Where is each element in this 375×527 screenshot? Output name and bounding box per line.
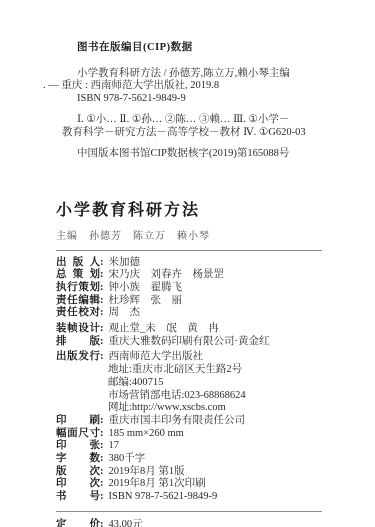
field-label: 责任编辑: [56, 295, 100, 308]
cip-class-line-1: Ⅰ. ①小… Ⅱ. ①孙… ②陈… ③赖… Ⅲ. ①小学－: [77, 114, 325, 127]
colon: :: [100, 415, 104, 428]
field-label: 字数: [56, 453, 100, 466]
field-value: 2019年8月 第1次印刷: [109, 478, 206, 491]
colophon-list: 出版人:米加德 总策划:宋乃庆 刘春卉 杨景罡 执行策划:钟小族 翟腾飞 责任编…: [56, 257, 325, 527]
cip-title-line: 小学教育科研方法 / 孙德芳,陈立万,赖小琴主编: [77, 68, 325, 81]
colon: :: [100, 307, 104, 320]
publisher-website: 网址:http://www.xscbs.com: [108, 402, 325, 415]
field-value: 380千字: [109, 453, 146, 466]
field-label: 书号: [56, 491, 100, 504]
publisher-address: 地址:重庆市北碚区天生路2号: [108, 364, 325, 377]
field-value: ISBN 978-7-5621-9849-9: [109, 491, 218, 504]
divider: [56, 511, 322, 512]
field-label: 印张: [56, 440, 100, 453]
colophon-row-chief-planners: 总策划:宋乃庆 刘春卉 杨景罡: [56, 269, 325, 282]
cip-block: 图书在版编目(CIP)数据 小学教育科研方法 / 孙德芳,陈立万,赖小琴主编 .…: [56, 42, 325, 161]
field-value: 2019年8月 第1版: [109, 466, 185, 479]
field-value: 杜珍辉 张 丽: [109, 295, 183, 308]
colon: :: [100, 257, 104, 270]
field-value: 重庆市国丰印务有限责任公司: [109, 415, 246, 428]
colon: :: [100, 519, 104, 527]
field-label: 幅面尺寸: [56, 428, 100, 441]
spacer: [56, 139, 325, 148]
field-value: 观止堂_未 氓 黄 冉: [109, 323, 219, 336]
field-value: 宋乃庆 刘春卉 杨景罡: [109, 269, 225, 282]
colon: :: [100, 453, 104, 466]
colon: :: [100, 466, 104, 479]
field-label: 版次: [56, 466, 100, 479]
colophon-row-edition: 版次:2019年8月 第1版: [56, 466, 325, 479]
colophon-row-proofreader: 责任校对:周 杰: [56, 307, 325, 320]
colophon-row-sheets: 印张:17: [56, 440, 325, 453]
publisher-phone: 市场营销部电话:023-68868624: [108, 390, 325, 403]
field-label: 出版发行: [56, 351, 100, 364]
cip-record-line: 中国版本图书馆CIP数据核字(2019)第165088号: [77, 148, 325, 161]
colophon-row-book-number: 书号:ISBN 978-7-5621-9849-9: [56, 491, 325, 504]
field-label: 装帧设计: [56, 323, 100, 336]
field-label: 定价: [56, 519, 100, 527]
field-value: 185 mm×260 mm: [109, 428, 184, 441]
cip-heading: 图书在版编目(CIP)数据: [77, 42, 325, 55]
colophon-row-price: 定价:43.00元: [56, 519, 325, 527]
colon: :: [100, 478, 104, 491]
spacer: [56, 105, 325, 114]
field-label: 印次: [56, 478, 100, 491]
colon: :: [100, 282, 104, 295]
colophon-row-word-count: 字数:380千字: [56, 453, 325, 466]
field-value: 钟小族 翟腾飞: [109, 282, 183, 295]
field-label: 总策划: [56, 269, 100, 282]
publisher-postcode: 邮编:400715: [108, 377, 325, 390]
field-value: 米加德: [109, 257, 141, 270]
colon: :: [100, 491, 104, 504]
colon: :: [100, 351, 104, 364]
colophon-row-impression: 印次:2019年8月 第1次印刷: [56, 478, 325, 491]
field-value: 重庆大雅数码印刷有限公司·黄金红: [109, 336, 270, 349]
field-value: 17: [109, 440, 120, 453]
colophon-row-publisher: 出版发行:西南师范大学出版社: [56, 351, 325, 364]
cip-publisher-line: . — 重庆 : 西南师范大学出版社, 2019.8: [43, 80, 325, 93]
editors-line: 主编 孙德芳 陈立万 赖小琴: [56, 227, 325, 242]
field-value: 43.00元: [109, 519, 143, 527]
colophon-row-executive-planners: 执行策划:钟小族 翟腾飞: [56, 282, 325, 295]
cip-class-line-2: 教育科学－研究方法－高等学校－教材 Ⅳ. ①G620-03: [62, 127, 325, 140]
field-value: 周 杰: [109, 307, 141, 320]
colophon-row-design: 装帧设计:观止堂_未 氓 黄 冉: [56, 323, 325, 336]
field-label: 责任校对: [56, 307, 100, 320]
colon: :: [100, 323, 104, 336]
field-label: 出版人: [56, 257, 100, 270]
colophon-row-publisher-person: 出版人:米加德: [56, 257, 325, 270]
colon: :: [100, 428, 104, 441]
field-label: 印刷: [56, 415, 100, 428]
cip-isbn-line: ISBN 978-7-5621-9849-9: [77, 93, 325, 106]
divider: [56, 250, 322, 251]
field-label: 执行策划: [56, 282, 100, 295]
colophon-row-printer: 印刷:重庆市国丰印务有限责任公司: [56, 415, 325, 428]
field-label: 排版: [56, 336, 100, 349]
colophon-row-format-size: 幅面尺寸:185 mm×260 mm: [56, 428, 325, 441]
colon: :: [100, 440, 104, 453]
colon: :: [100, 295, 104, 308]
field-value: 西南师范大学出版社: [109, 351, 204, 364]
colon: :: [100, 269, 104, 282]
colophon-row-typesetting: 排版:重庆大雅数码印刷有限公司·黄金红: [56, 336, 325, 349]
book-title: 小学教育科研方法: [56, 197, 325, 220]
colon: :: [100, 336, 104, 349]
colophon-row-editors: 责任编辑:杜珍辉 张 丽: [56, 295, 325, 308]
copyright-page: 图书在版编目(CIP)数据 小学教育科研方法 / 孙德芳,陈立万,赖小琴主编 .…: [0, 0, 375, 527]
